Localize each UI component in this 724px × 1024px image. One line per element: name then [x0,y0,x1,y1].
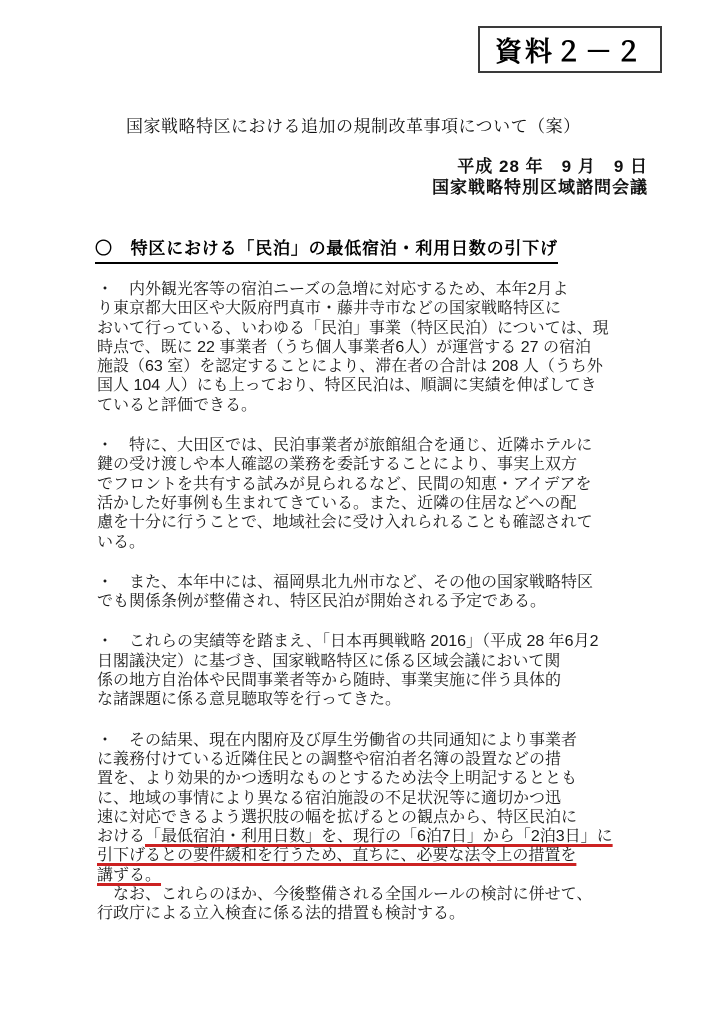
section-heading: 〇 特区における「民泊」の最低宿泊・利用日数の引下げ [95,234,558,264]
paragraph-text: 内外観光客等の宿泊ニーズの急増に対応するため、本年2月よ り東京都大田区や大阪府… [97,281,609,414]
bullet-paragraph: ・これらの実績等を踏まえ、「日本再興戦略 2016」（平成 28 年6月2 日閣… [97,632,663,709]
bullet-paragraph: ・また、本年中には、福岡県北九州市など、その他の国家戦略特区 でも関係条例が整備… [97,573,663,612]
bullet-marker: ・ [97,436,113,455]
document-page: 資料２－２ 国家戦略特区における追加の規制改革事項について（案） 平成 28 年… [0,0,724,1024]
org-line: 国家戦略特別区域諮問会議 [432,177,648,198]
paragraph-text: 特に、大田区では、民泊事業者が旅館組合を通じ、近隣ホテルに 鍵の受け渡しや本人確… [97,437,593,550]
bullet-paragraph: ・その結果、現在内閣府及び厚生労働省の共同通知により事業者 に義務付けている近隣… [97,731,663,885]
meta-block: 平成 28 年 9 月 9 日 国家戦略特別区域諮問会議 [432,156,648,198]
paragraph-text: これらの実績等を踏まえ、「日本再興戦略 2016」（平成 28 年6月2 日閣議… [97,633,598,708]
body-content: ・内外観光客等の宿泊ニーズの急増に対応するため、本年2月よ り東京都大田区や大阪… [97,280,663,924]
red-underlined-text: 「最低宿泊・利用日数」を、現行の「6泊7日」から「2泊3日」に 引下げるとの要件… [97,828,613,884]
page-title: 国家戦略特区における追加の規制改革事項について（案） [126,112,581,137]
bullet-marker: ・ [97,731,113,750]
bullet-paragraph: ・内外観光客等の宿泊ニーズの急増に対応するため、本年2月よ り東京都大田区や大阪… [97,280,663,415]
doc-label: 資料２－２ [495,30,645,69]
bullet-marker: ・ [97,632,113,651]
bullet-paragraph: ・特に、大田区では、民泊事業者が旅館組合を通じ、近隣ホテルに 鍵の受け渡しや本人… [97,436,663,552]
date-line: 平成 28 年 9 月 9 日 [432,156,648,177]
bullet-marker: ・ [97,280,113,299]
bullet-marker: ・ [97,573,113,592]
paragraph-text: なお、これらのほか、今後整備される全国ルールの検討に併せて、 行政庁による立入検… [97,886,592,922]
paragraph-text: また、本年中には、福岡県北九州市など、その他の国家戦略特区 でも関係条例が整備さ… [97,574,593,610]
doc-label-box: 資料２－２ [478,26,662,73]
paragraph: なお、これらのほか、今後整備される全国ルールの検討に併せて、 行政庁による立入検… [97,885,663,924]
